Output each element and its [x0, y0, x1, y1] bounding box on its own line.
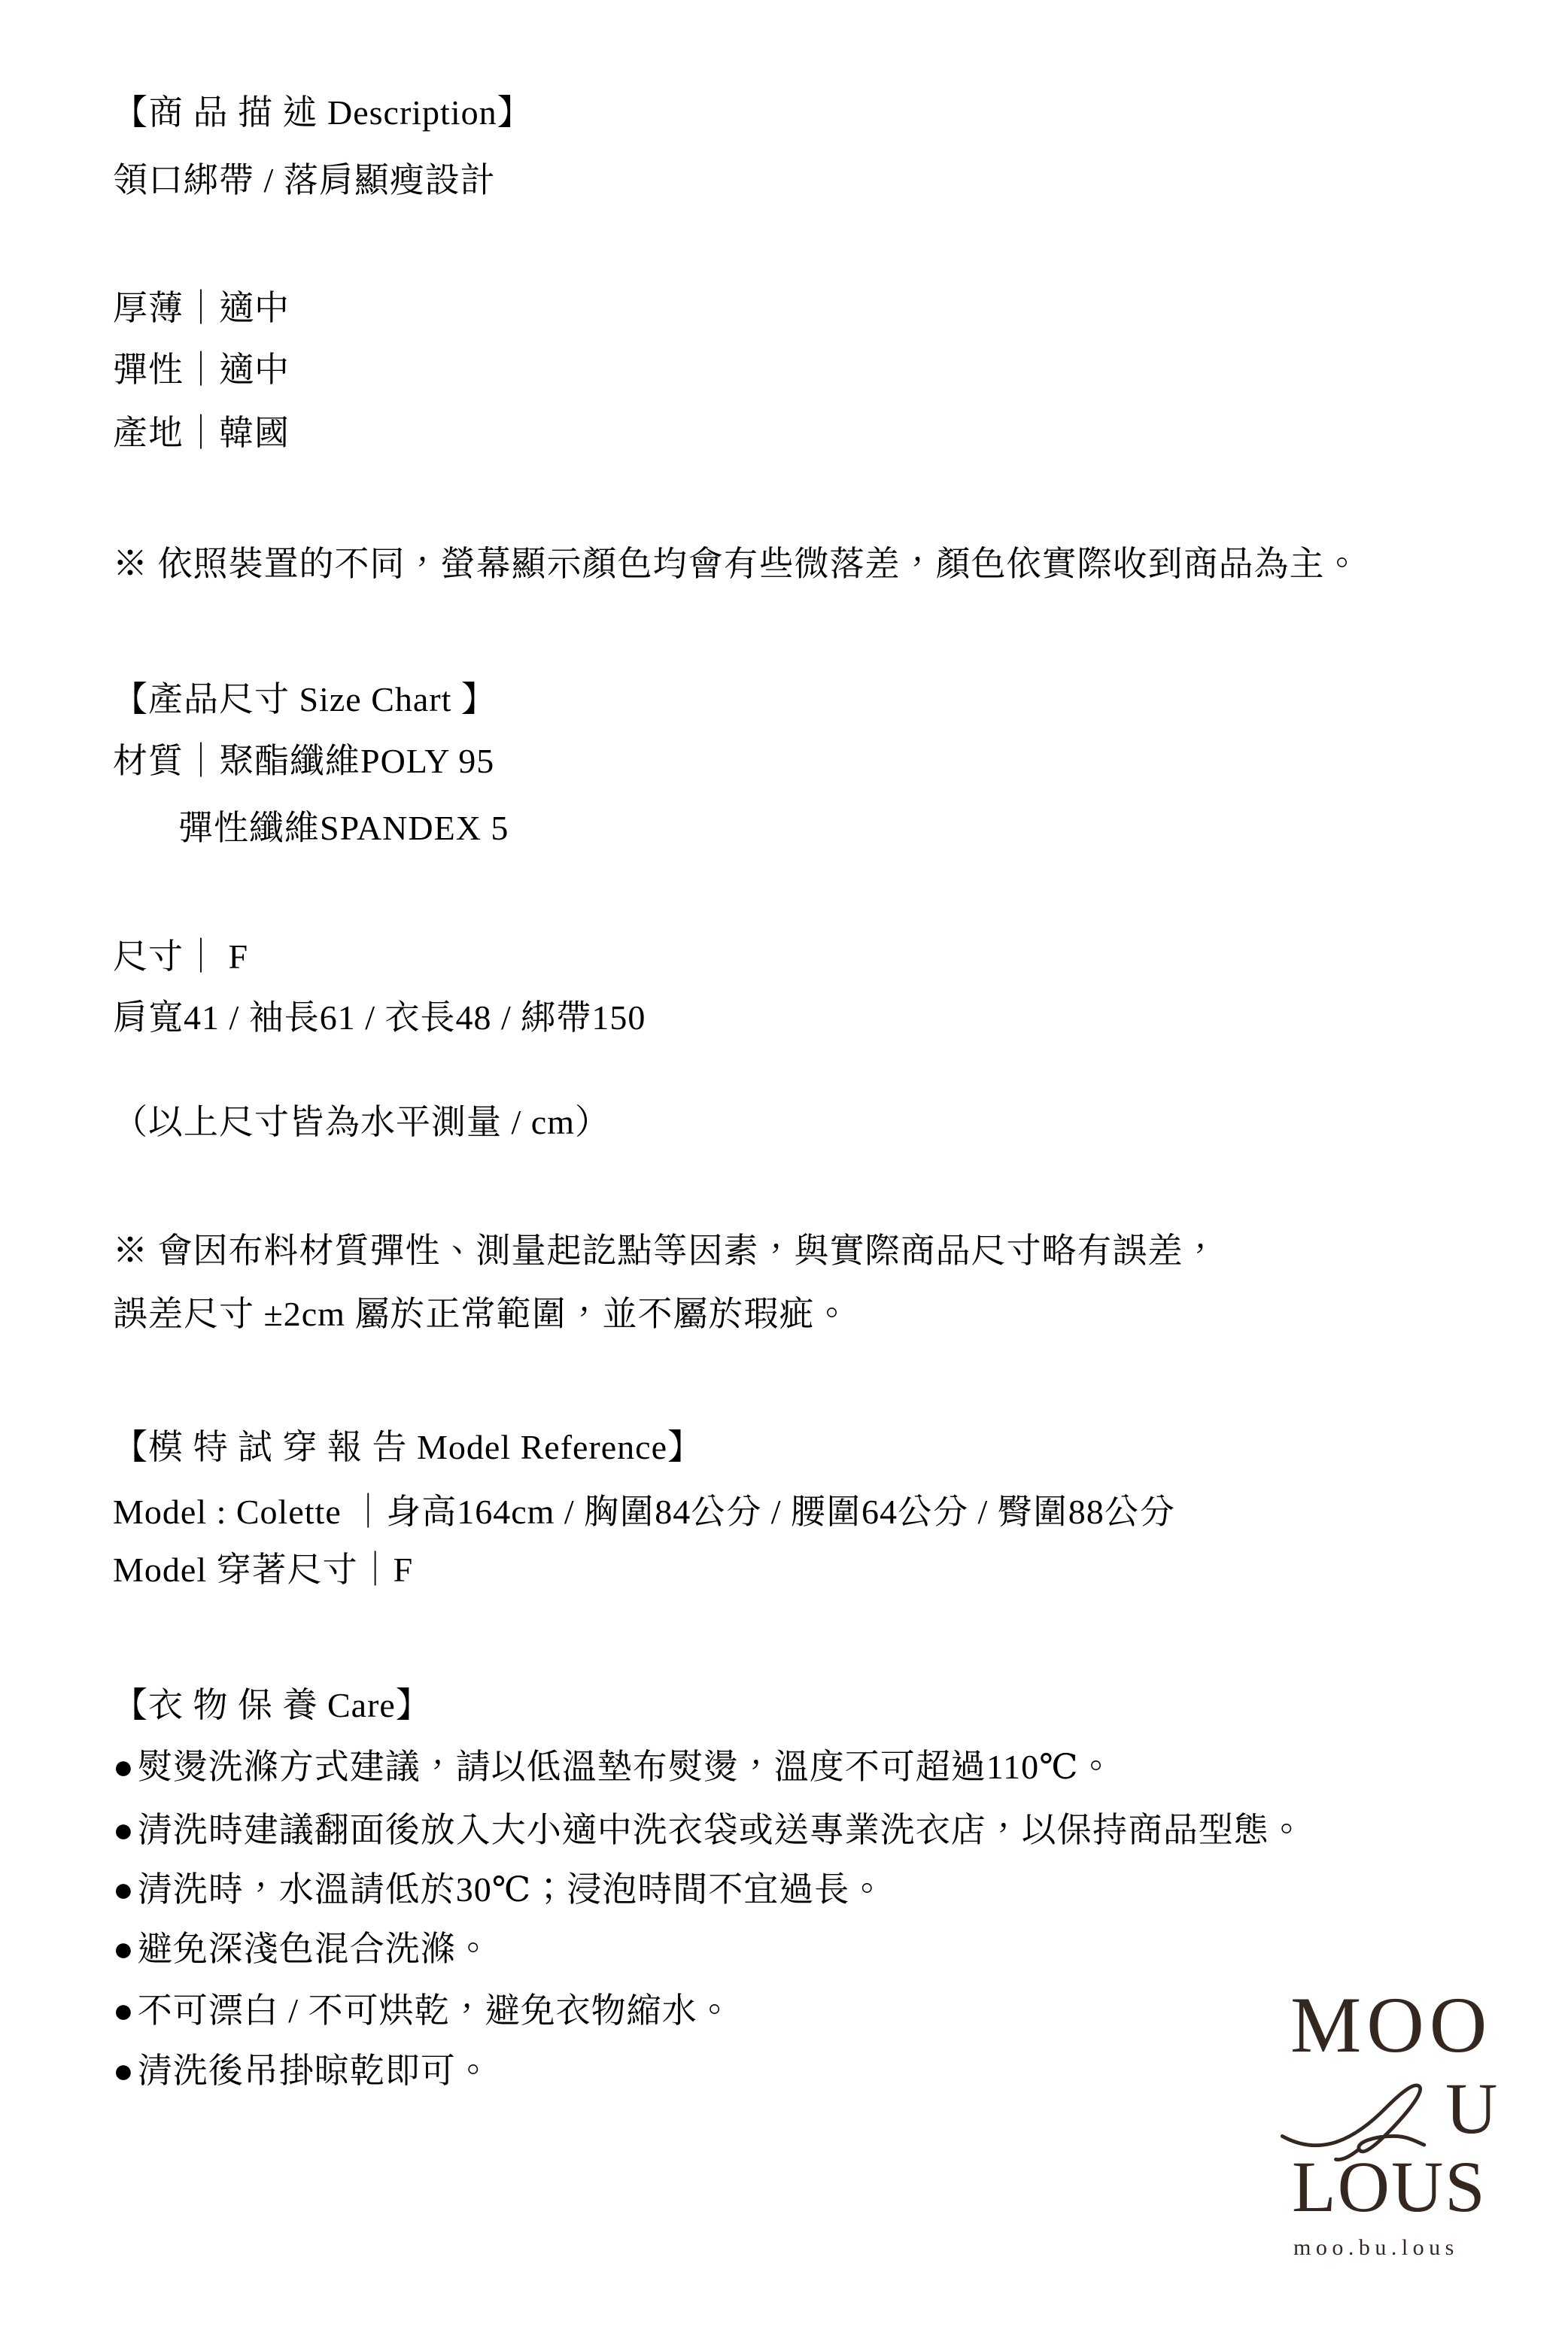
care-item-no-bleach: ●不可漂白 / 不可烘乾，避免衣物縮水。 [113, 1988, 733, 2034]
tolerance-note-line-2: 誤差尺寸 ±2cm 屬於正常範圍，並不屬於瑕疵。 [113, 1292, 849, 1337]
bullet-icon: ● [113, 1927, 135, 1972]
color-disclaimer-note: ※ 依照裝置的不同，螢幕顯示顏色均會有些微落差，顏色依實際收到商品為主。 [113, 542, 1360, 587]
care-heading: 【衣 物 保 養 Care】 [113, 1683, 431, 1728]
model-reference-heading: 【模 特 試 穿 報 告 Model Reference】 [113, 1425, 703, 1470]
bullet-icon: ● [113, 1745, 135, 1790]
brand-wordmark-lous: LOUS [1292, 2151, 1487, 2223]
tolerance-note-line-1: ※ 會因布料材質彈性、測量起訖點等因素，與實際商品尺寸略有誤差， [113, 1229, 1219, 1274]
size-line: 尺寸｜ F [113, 934, 248, 980]
care-item-ironing: ●熨燙洗滌方式建議，請以低溫墊布熨燙，溫度不可超過110℃。 [113, 1745, 1114, 1790]
product-description-page: 【商 品 描 述 Description】 領口綁帶 / 落肩顯瘦設計 厚薄｜適… [0, 0, 1568, 2351]
spec-origin: 產地｜韓國 [113, 411, 290, 456]
spec-elasticity: 彈性｜適中 [113, 348, 290, 393]
care-item-water-temp: ●清洗時，水溫請低於30℃；浸泡時間不宜過長。 [113, 1867, 885, 1912]
description-tagline: 領口綁帶 / 落肩顯瘦設計 [113, 158, 496, 203]
model-size-line: Model 穿著尺寸｜F [113, 1548, 413, 1593]
care-item-text: 清洗時，水溫請低於30℃；浸泡時間不宜過長。 [138, 1870, 885, 1909]
spec-thickness: 厚薄｜適中 [113, 286, 290, 331]
care-item-text: 避免深淺色混合洗滌。 [138, 1930, 491, 1968]
bullet-icon: ● [113, 1867, 135, 1912]
measurements-line: 肩寬41 / 袖長61 / 衣長48 / 綁帶150 [113, 995, 646, 1040]
care-item-text: 熨燙洗滌方式建議，請以低溫墊布熨燙，溫度不可超過110℃。 [138, 1748, 1114, 1786]
description-heading: 【商 品 描 述 Description】 [113, 90, 533, 135]
care-item-text: 清洗後吊掛晾乾即可。 [138, 2052, 491, 2090]
bullet-icon: ● [113, 1988, 135, 2034]
care-item-text: 不可漂白 / 不可烘乾，避免衣物縮水。 [138, 1991, 733, 2030]
care-item-laundry-bag: ●清洗時建議翻面後放入大小適中洗衣袋或送專業洗衣店，以保持商品型態。 [113, 1808, 1305, 1853]
care-item-text: 清洗時建議翻面後放入大小適中洗衣袋或送專業洗衣店，以保持商品型態。 [138, 1811, 1305, 1849]
brand-wordmark-u: U [1445, 2073, 1497, 2145]
material-line-2: 彈性纖維SPANDEX 5 [178, 806, 509, 851]
care-item-hang-dry: ●清洗後吊掛晾乾即可。 [113, 2049, 491, 2094]
brand-logo: MOO U LOUS moo.bu.lous [1283, 1997, 1509, 2283]
brand-wordmark-moo: MOO [1290, 1985, 1492, 2065]
bullet-icon: ● [113, 2049, 135, 2094]
measurement-note: （以上尺寸皆為水平測量 / cm） [113, 1100, 610, 1145]
size-chart-heading: 【產品尺寸 Size Chart 】 [113, 677, 497, 722]
model-stats-line: Model : Colette ｜身高164cm / 胸圍84公分 / 腰圍64… [113, 1490, 1175, 1535]
material-line-1: 材質｜聚酯纖維POLY 95 [113, 739, 494, 784]
bullet-icon: ● [113, 1808, 135, 1853]
brand-handle: moo.bu.lous [1293, 2237, 1459, 2259]
care-item-color-mix: ●避免深淺色混合洗滌。 [113, 1927, 491, 1972]
